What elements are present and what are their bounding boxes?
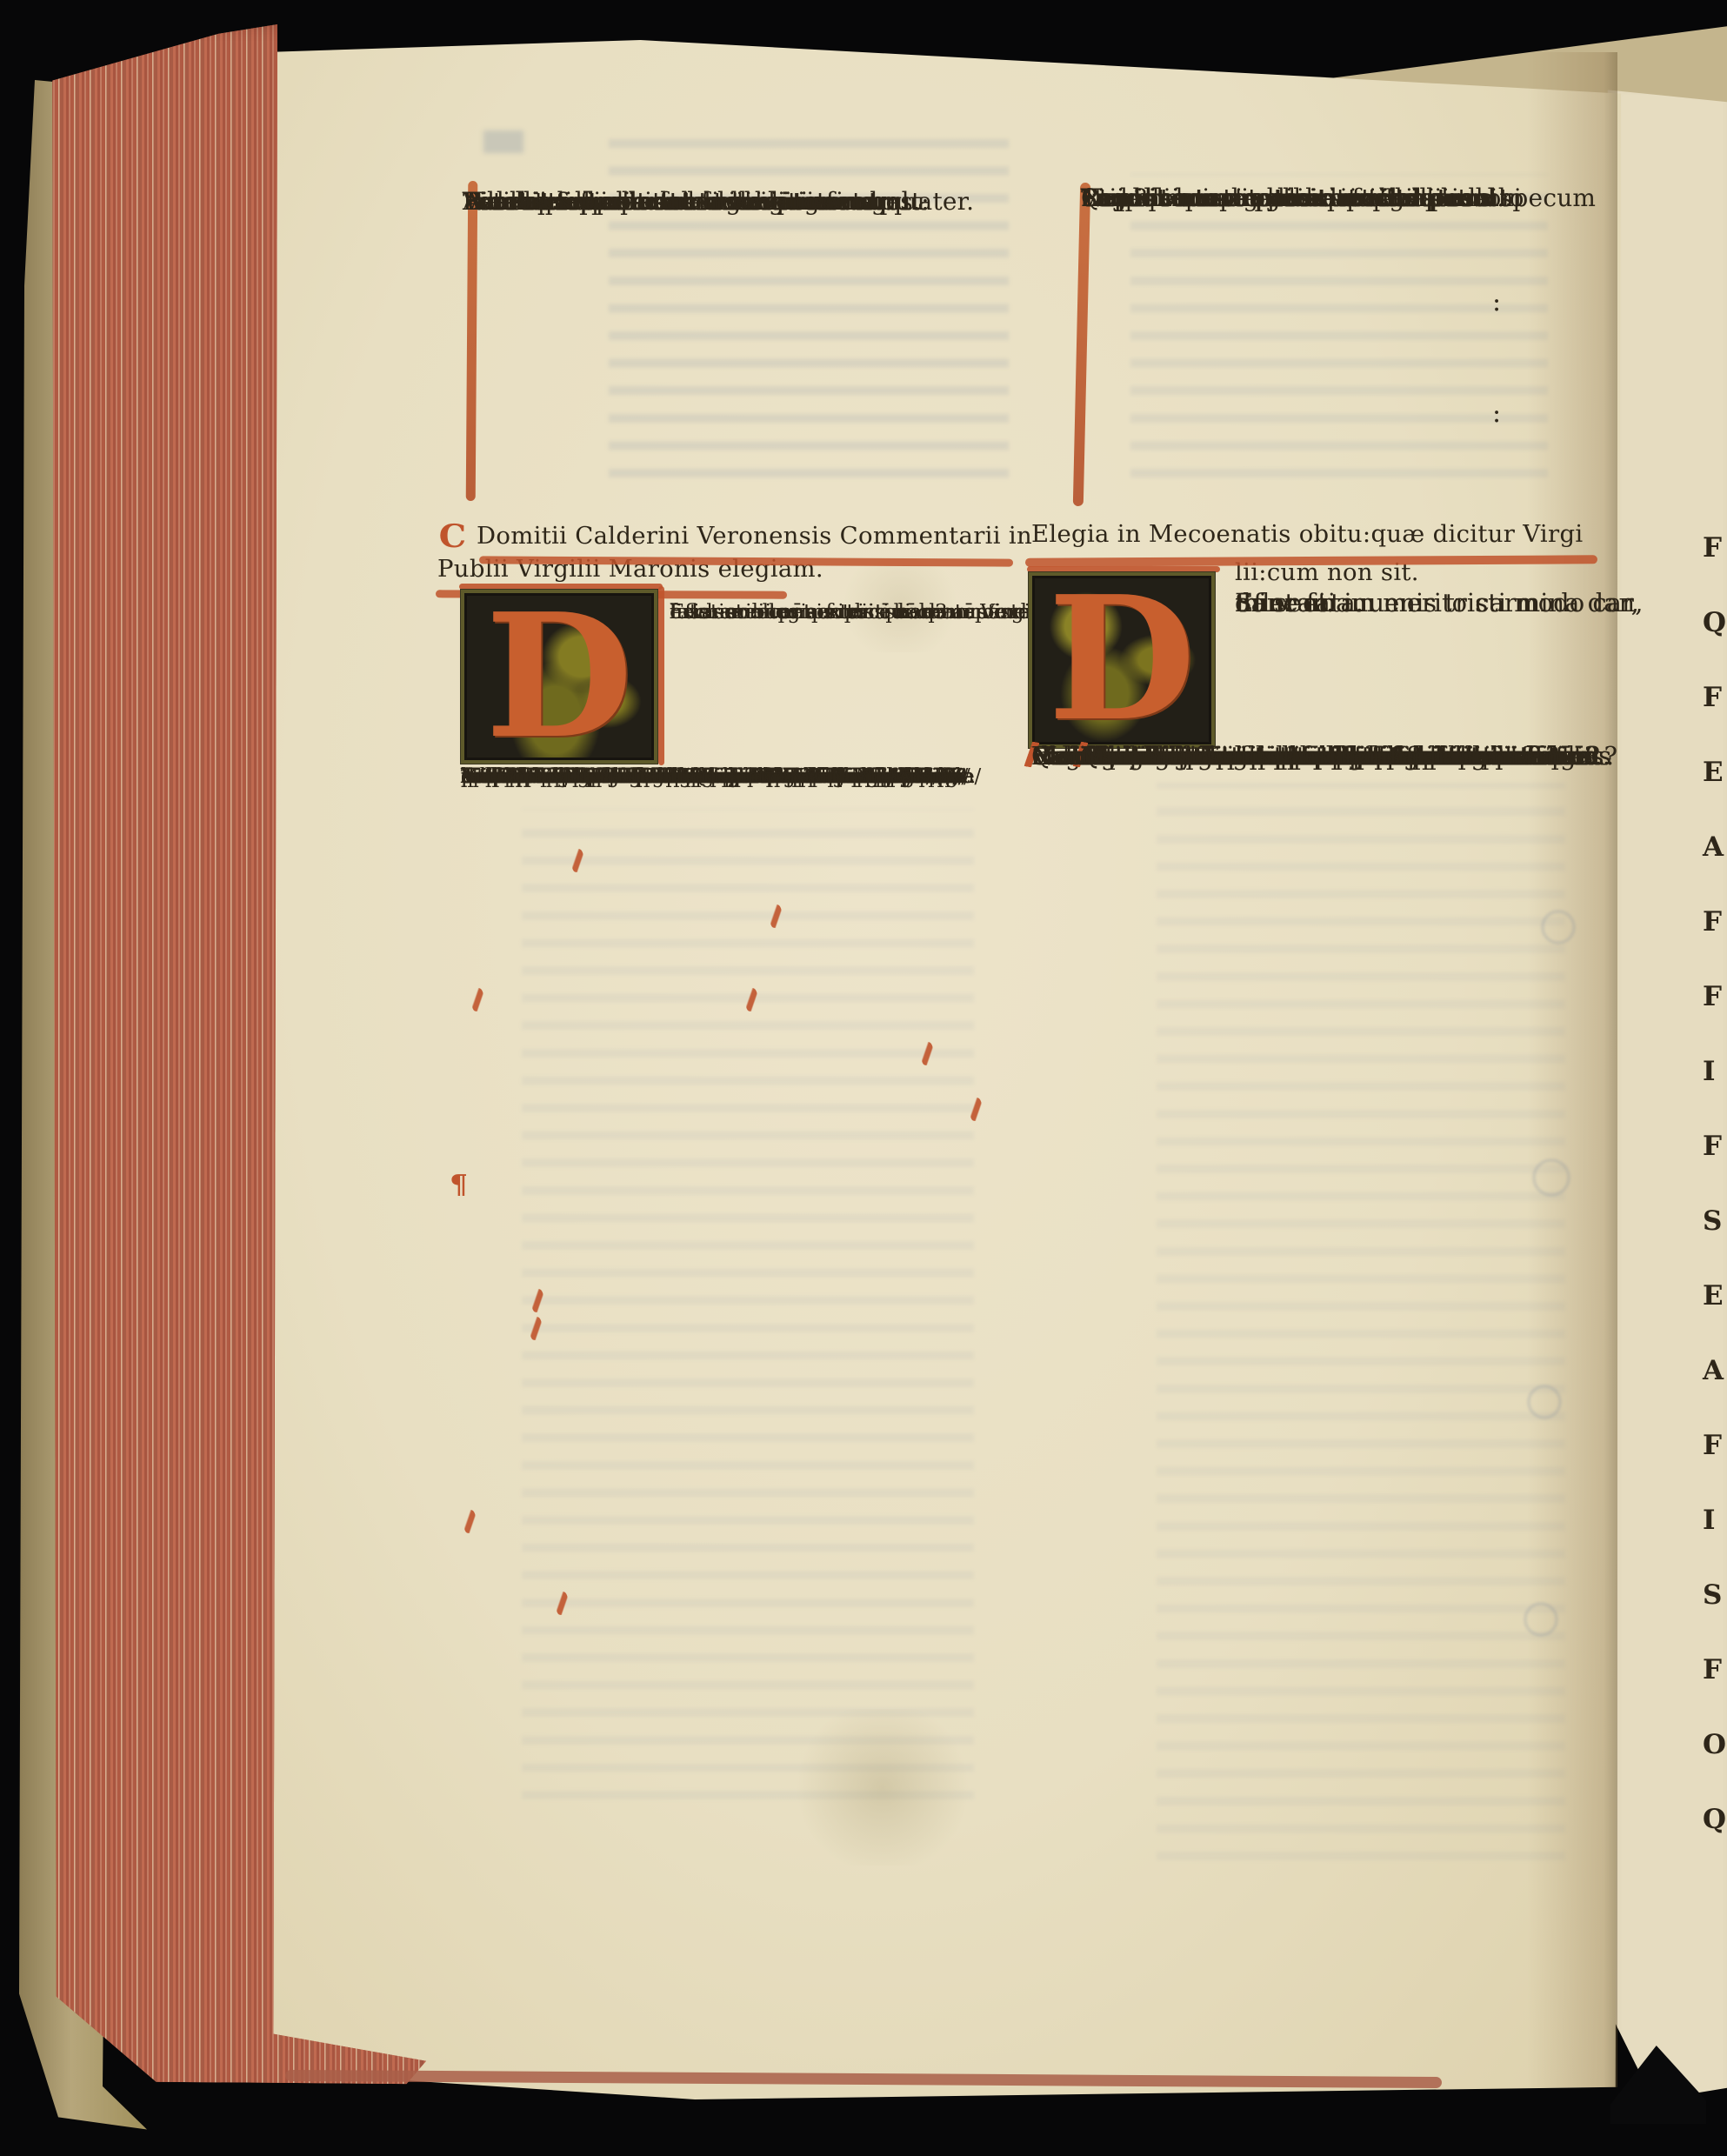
edge-letter: A xyxy=(1703,831,1724,863)
edge-letter: O xyxy=(1703,1729,1726,1760)
margin-colon: : xyxy=(1492,398,1501,429)
edge-letter: S xyxy=(1703,1579,1722,1611)
edge-letter: F xyxy=(1703,981,1722,1012)
stain xyxy=(787,1709,978,1866)
text-line: existimemus scripsisse:ueru non de xyxy=(670,598,1039,626)
edge-letter: F xyxy=(1703,1131,1722,1162)
left-heading-line1: Domitii Calderini Veronensis Commentarii… xyxy=(477,522,1032,550)
poem-line: Venus iocosa mole ruperit latus. xyxy=(1081,184,1484,212)
edge-letter: F xyxy=(1703,532,1722,564)
edge-letter: A xyxy=(1703,1355,1724,1386)
right-heading-line1: Elegia in Mecoenatis obitu:quæ dicitur V… xyxy=(1031,520,1583,548)
edge-letter: I xyxy=(1703,1056,1716,1087)
ghost-letter xyxy=(1532,1158,1570,1197)
edge-letter: E xyxy=(1703,757,1724,788)
edge-letter: S xyxy=(1703,1205,1722,1237)
decorated-initial-D-left: D xyxy=(461,590,657,764)
edge-letter: Q xyxy=(1703,607,1726,638)
edge-letter: F xyxy=(1703,1654,1722,1685)
bleed-through-patch xyxy=(522,809,974,1809)
red-pilcrow-tecum: ¶ xyxy=(450,1170,468,1200)
red-paragraph-mark: C xyxy=(439,518,467,555)
text-line: & luxuriosū appellauit:cōtra cinctos ill… xyxy=(461,764,960,791)
elegy-line: Maluit umbrosam quercū:nimphasq3 canētes xyxy=(1031,738,1611,774)
edge-letter: E xyxy=(1703,1280,1724,1312)
ghost-letter xyxy=(1524,1602,1558,1637)
poem-line: Hæres & usque ah miser miser xyxy=(463,188,853,216)
bleed-through-patch xyxy=(1130,174,1548,487)
edge-letter: F xyxy=(1703,1430,1722,1461)
bleed-through-patch xyxy=(1157,783,1565,1870)
initial-letter: D xyxy=(464,590,654,757)
faint-ink-mark xyxy=(483,130,523,153)
ghost-letter xyxy=(1541,910,1576,945)
edge-letter: Q xyxy=(1703,1804,1726,1835)
edge-letter: F xyxy=(1703,906,1722,938)
margin-colon: : xyxy=(1492,287,1501,317)
edge-letter: F xyxy=(1703,682,1722,713)
initial-orange-frame-side xyxy=(658,586,664,765)
book-photograph: Patebit ullus:imminente qui toroIuuante … xyxy=(0,0,1727,2156)
text-line: da seni. xyxy=(1235,584,1334,623)
decorated-initial-D-right: D xyxy=(1029,572,1215,748)
initial-letter: D xyxy=(1032,572,1211,741)
edge-letter: I xyxy=(1703,1505,1716,1536)
ghost-letter xyxy=(1527,1385,1562,1419)
